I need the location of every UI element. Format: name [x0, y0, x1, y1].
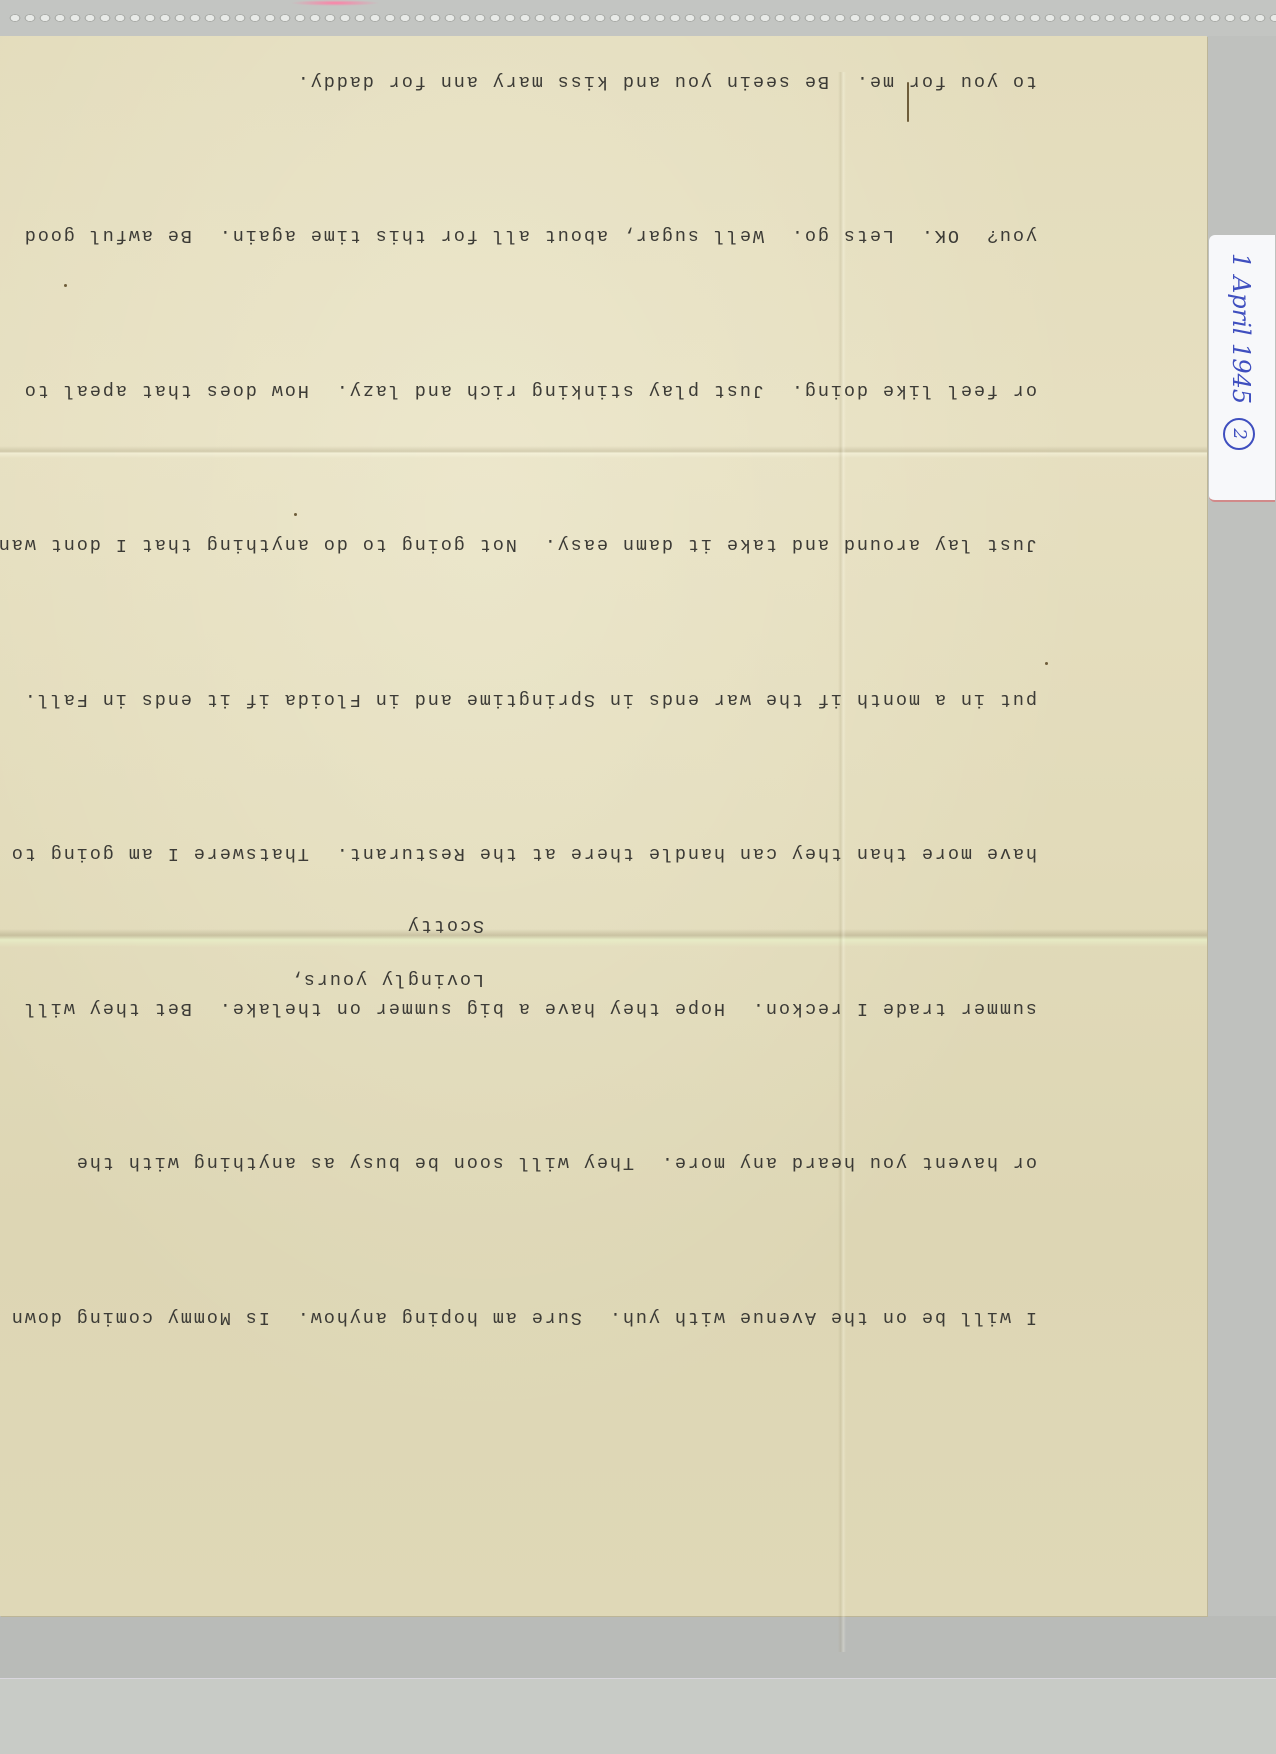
sleeve-bottom-margin — [0, 1616, 1276, 1679]
body-line: I will be on the Avenue with yuh. Sure a… — [57, 1292, 1037, 1344]
archive-tag-label: 1 April 19452 — [1216, 253, 1266, 518]
letter-body: I will be on the Avenue with yuh. Sure a… — [57, 0, 1037, 1446]
body-line: summer trade I reckon. Hope they have a … — [57, 983, 1037, 1035]
body-line: or havent you heard any more. They will … — [57, 1137, 1037, 1189]
handwritten-date: 1 April 1945 — [1227, 253, 1255, 404]
body-line: have more than they can handle there at … — [57, 828, 1037, 880]
body-line: you? OK. Lets go. Well sugar, about all … — [57, 210, 1037, 262]
sleeve-bottom-strip — [0, 1679, 1276, 1754]
body-line: put in a month if the war ends in Spring… — [57, 674, 1037, 726]
body-line: to you for me. Be seein you and kiss mar… — [57, 56, 1037, 108]
body-line: Just lay around and take it damn easy. N… — [57, 519, 1037, 571]
page-number-circled: 2 — [1224, 418, 1256, 450]
letter-content-rotated: I will be on the Avenue with yuh. Sure a… — [0, 0, 1207, 1616]
letter-closing: Lovingly yours, — [289, 969, 484, 990]
body-line: or feel like doing. Just play stinking r… — [57, 365, 1037, 417]
letter-signature: Scotty — [406, 915, 484, 936]
